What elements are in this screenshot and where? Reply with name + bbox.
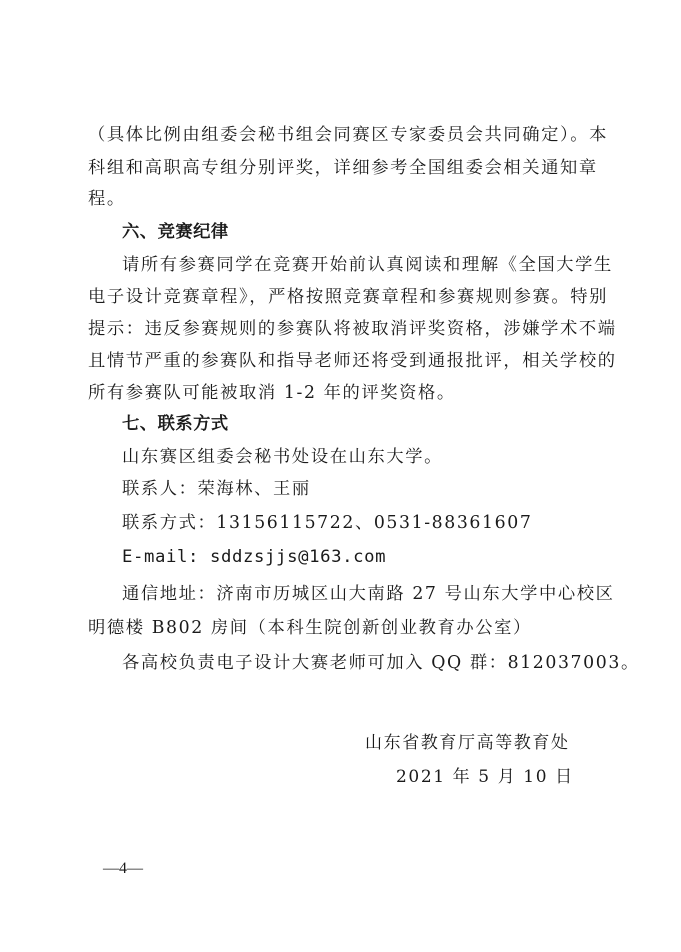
contact-phone: 联系方式：13156115722、0531-88361607 <box>122 512 532 534</box>
paragraph-line: 所有参赛队可能被取消 1-2 年的评奖资格。 <box>88 382 456 404</box>
contact-email: E-mail: sddzsjjs@163.com <box>122 546 386 568</box>
paragraph-line: 程。 <box>88 188 126 210</box>
section-heading-discipline: 六、竞赛纪律 <box>122 221 229 243</box>
page-number: —4— <box>103 860 143 878</box>
paragraph-line: 请所有参赛同学在竞赛开始前认真阅读和理解《全国大学生 <box>122 254 613 276</box>
secretariat-text: 山东赛区组委会秘书处设在山东大学。 <box>122 446 443 468</box>
address-line: 明德楼 B802 房间（本科生院创新创业教育办公室） <box>88 617 532 639</box>
issue-date: 2021 年 5 月 10 日 <box>396 762 574 787</box>
paragraph-line: （具体比例由组委会秘书组会同赛区专家委员会共同确定）。本 <box>88 124 608 146</box>
paragraph-line: 电子设计竞赛章程》，严格按照竞赛章程和参赛规则参赛。特别 <box>88 286 608 308</box>
contact-person: 联系人：荣海林、王丽 <box>122 478 311 500</box>
address-line: 通信地址：济南市历城区山大南路 27 号山东大学中心校区 <box>122 583 615 605</box>
issuer-signature: 山东省教育厅高等教育处 <box>365 728 570 753</box>
paragraph-line: 且情节严重的参赛队和指导老师还将受到通报批评，相关学校的 <box>88 350 617 372</box>
qq-group-text: 各高校负责电子设计大赛老师可加入 QQ 群：812037003。 <box>122 652 640 674</box>
paragraph-line: 提示：违反参赛规则的参赛队将被取消评奖资格，涉嫌学术不端 <box>88 318 617 340</box>
paragraph-line: 科组和高职高专组分别评奖，详细参考全国组委会相关通知章 <box>88 157 598 179</box>
section-heading-contact: 七、联系方式 <box>122 413 229 435</box>
